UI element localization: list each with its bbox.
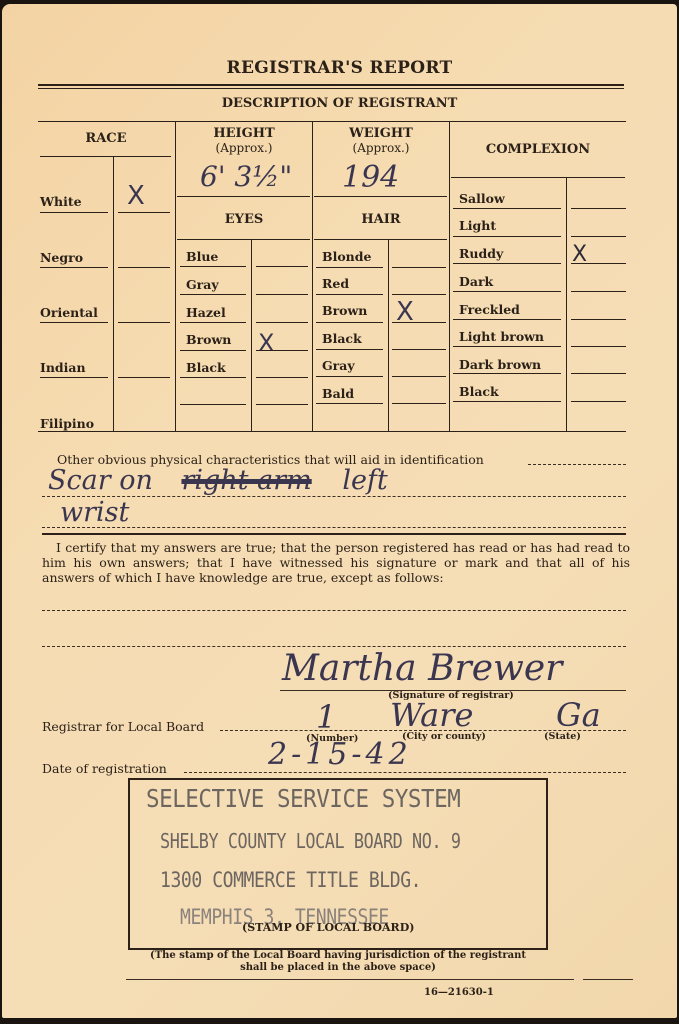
dotted-leader <box>528 464 626 465</box>
rule <box>316 322 383 323</box>
weight-header: WEIGHT <box>314 126 448 141</box>
eyes-option-hazel: Hazel <box>186 305 226 320</box>
weight-complexion-divider <box>449 122 450 431</box>
race-option-oriental: Oriental <box>40 305 98 320</box>
stamp-caption: (STAMP OF LOCAL BOARD) <box>242 921 414 934</box>
rule <box>177 239 310 240</box>
rule <box>392 349 446 350</box>
rule <box>180 350 246 351</box>
complexion-option-black: Black <box>459 384 499 399</box>
rule <box>392 322 446 323</box>
local-board-city[interactable]: Ware <box>390 696 473 734</box>
complexion-option-ruddy: Ruddy <box>459 246 503 261</box>
hair-option-blonde: Blonde <box>322 249 371 264</box>
rule <box>451 177 625 178</box>
rule <box>177 196 310 197</box>
rule <box>316 349 383 350</box>
eyes-option-brown: Brown <box>186 332 231 347</box>
rule <box>256 350 308 351</box>
rule <box>571 236 626 237</box>
eyes-brown-checkmark[interactable]: X <box>258 330 274 356</box>
complexion-option-light: Light <box>459 218 496 233</box>
section-title: DESCRIPTION OF REGISTRANT <box>0 96 679 111</box>
rule <box>40 322 108 323</box>
rule <box>40 212 108 213</box>
stamp-line-3: 1300 COMMERCE TITLE BLDG. <box>160 868 421 892</box>
race-height-divider <box>175 122 176 431</box>
rule <box>118 212 170 213</box>
stamp-line-1: SELECTIVE SERVICE SYSTEM <box>146 784 460 813</box>
rule <box>314 239 447 240</box>
weight-approx: (Approx.) <box>314 142 448 155</box>
dotted-line <box>42 527 626 528</box>
date-value[interactable]: 2-15-42 <box>268 737 412 772</box>
hair-header: HAIR <box>314 212 448 227</box>
hair-option-brown: Brown <box>322 303 367 318</box>
rule <box>180 294 246 295</box>
stamp-line-2: SHELBY COUNTY LOCAL BOARD NO. 9 <box>160 829 461 853</box>
rule <box>256 322 308 323</box>
eyes-option-gray: Gray <box>186 277 219 292</box>
footer-rule-short <box>583 979 633 980</box>
height-value[interactable]: 6' 3½" <box>200 160 292 193</box>
hair-option-bald: Bald <box>322 386 354 401</box>
rule <box>256 404 308 405</box>
rule <box>571 263 626 264</box>
rule <box>118 377 170 378</box>
hair-mark-divider <box>388 240 389 431</box>
form-title: REGISTRAR'S REPORT <box>0 58 679 78</box>
race-option-negro: Negro <box>40 250 83 265</box>
eyes-header: EYES <box>177 212 311 227</box>
rule <box>571 401 626 402</box>
rule <box>453 208 561 209</box>
height-header: HEIGHT <box>177 126 311 141</box>
complexion-option-sallow: Sallow <box>459 191 505 206</box>
rule <box>571 208 626 209</box>
rule <box>571 291 626 292</box>
race-option-indian: Indian <box>40 360 86 375</box>
hair-option-red: Red <box>322 276 349 291</box>
exceptions-line-2 <box>42 646 626 647</box>
rule <box>180 266 246 267</box>
rule <box>314 196 447 197</box>
table-top-rule <box>38 121 626 122</box>
race-option-filipino: Filipino <box>40 416 94 431</box>
registrar-signature[interactable]: Martha Brewer <box>282 648 562 689</box>
race-white-checkmark[interactable]: X <box>127 183 145 209</box>
race-option-white: White <box>40 194 82 209</box>
eyes-option-black: Black <box>186 360 226 375</box>
rule <box>453 373 561 374</box>
rule <box>180 377 246 378</box>
complexion-option-dark: Dark <box>459 274 493 289</box>
height-weight-divider <box>312 122 313 431</box>
weight-value[interactable]: 194 <box>342 160 399 195</box>
complexion-ruddy-checkmark[interactable]: X <box>572 242 587 268</box>
form-number: 16—21630-1 <box>424 987 494 998</box>
date-line <box>184 772 626 773</box>
table-bottom-rule <box>38 431 626 432</box>
characteristics-struck-text: right arm <box>181 465 311 496</box>
rule <box>453 236 561 237</box>
rule <box>256 266 308 267</box>
rule <box>316 376 383 377</box>
race-header: RACE <box>40 131 172 146</box>
hair-option-gray: Gray <box>322 358 355 373</box>
complexion-option-dark-brown: Dark brown <box>459 357 541 372</box>
stamp-note-line-1: (The stamp of the Local Board having jur… <box>0 950 676 961</box>
date-label: Date of registration <box>42 761 167 776</box>
rule <box>392 376 446 377</box>
rule <box>571 373 626 374</box>
rule <box>453 319 561 320</box>
city-caption: (City or county) <box>402 731 486 742</box>
rule <box>42 533 626 535</box>
rule <box>453 346 561 347</box>
rule <box>256 377 308 378</box>
eyes-mark-divider <box>251 240 252 431</box>
exceptions-line-1 <box>42 610 626 611</box>
rule <box>392 403 446 404</box>
complexion-option-freckled: Freckled <box>459 302 520 317</box>
characteristics-text-a: Scar on <box>48 465 153 496</box>
rule <box>392 267 446 268</box>
state-caption: (State) <box>544 731 581 742</box>
rule <box>571 319 626 320</box>
rule <box>316 267 383 268</box>
title-double-rule <box>38 84 624 89</box>
dotted-line <box>42 496 626 497</box>
complexion-option-light-brown: Light brown <box>459 329 544 344</box>
rule <box>316 294 383 295</box>
rule <box>118 267 170 268</box>
stamp-note-line-2: shall be placed in the above space) <box>0 962 676 973</box>
rule <box>453 401 561 402</box>
rule <box>40 267 108 268</box>
rule <box>40 377 108 378</box>
rule <box>118 322 170 323</box>
rule <box>453 263 561 264</box>
local-board-number[interactable]: 1 <box>316 698 336 736</box>
rule <box>256 294 308 295</box>
rule <box>180 404 246 405</box>
rule <box>392 294 446 295</box>
hair-option-black: Black <box>322 331 362 346</box>
footer-rule <box>126 979 574 980</box>
eyes-option-blue: Blue <box>186 249 218 264</box>
complexion-mark-divider <box>566 178 567 431</box>
race-mark-divider <box>113 157 114 431</box>
race-header-rule <box>40 156 171 157</box>
local-board-state[interactable]: Ga <box>556 696 601 734</box>
rule <box>453 291 561 292</box>
local-board-label: Registrar for Local Board <box>42 719 204 734</box>
characteristics-line1[interactable]: Scar on right arm left <box>48 465 388 496</box>
rule <box>316 403 383 404</box>
characteristics-text-b: left <box>342 465 387 496</box>
height-approx: (Approx.) <box>177 142 311 155</box>
complexion-header: COMPLEXION <box>451 142 625 157</box>
rule <box>180 322 246 323</box>
certification-text: I certify that my answers are true; that… <box>42 540 630 585</box>
rule <box>571 346 626 347</box>
characteristics-line2[interactable]: wrist <box>60 497 129 528</box>
